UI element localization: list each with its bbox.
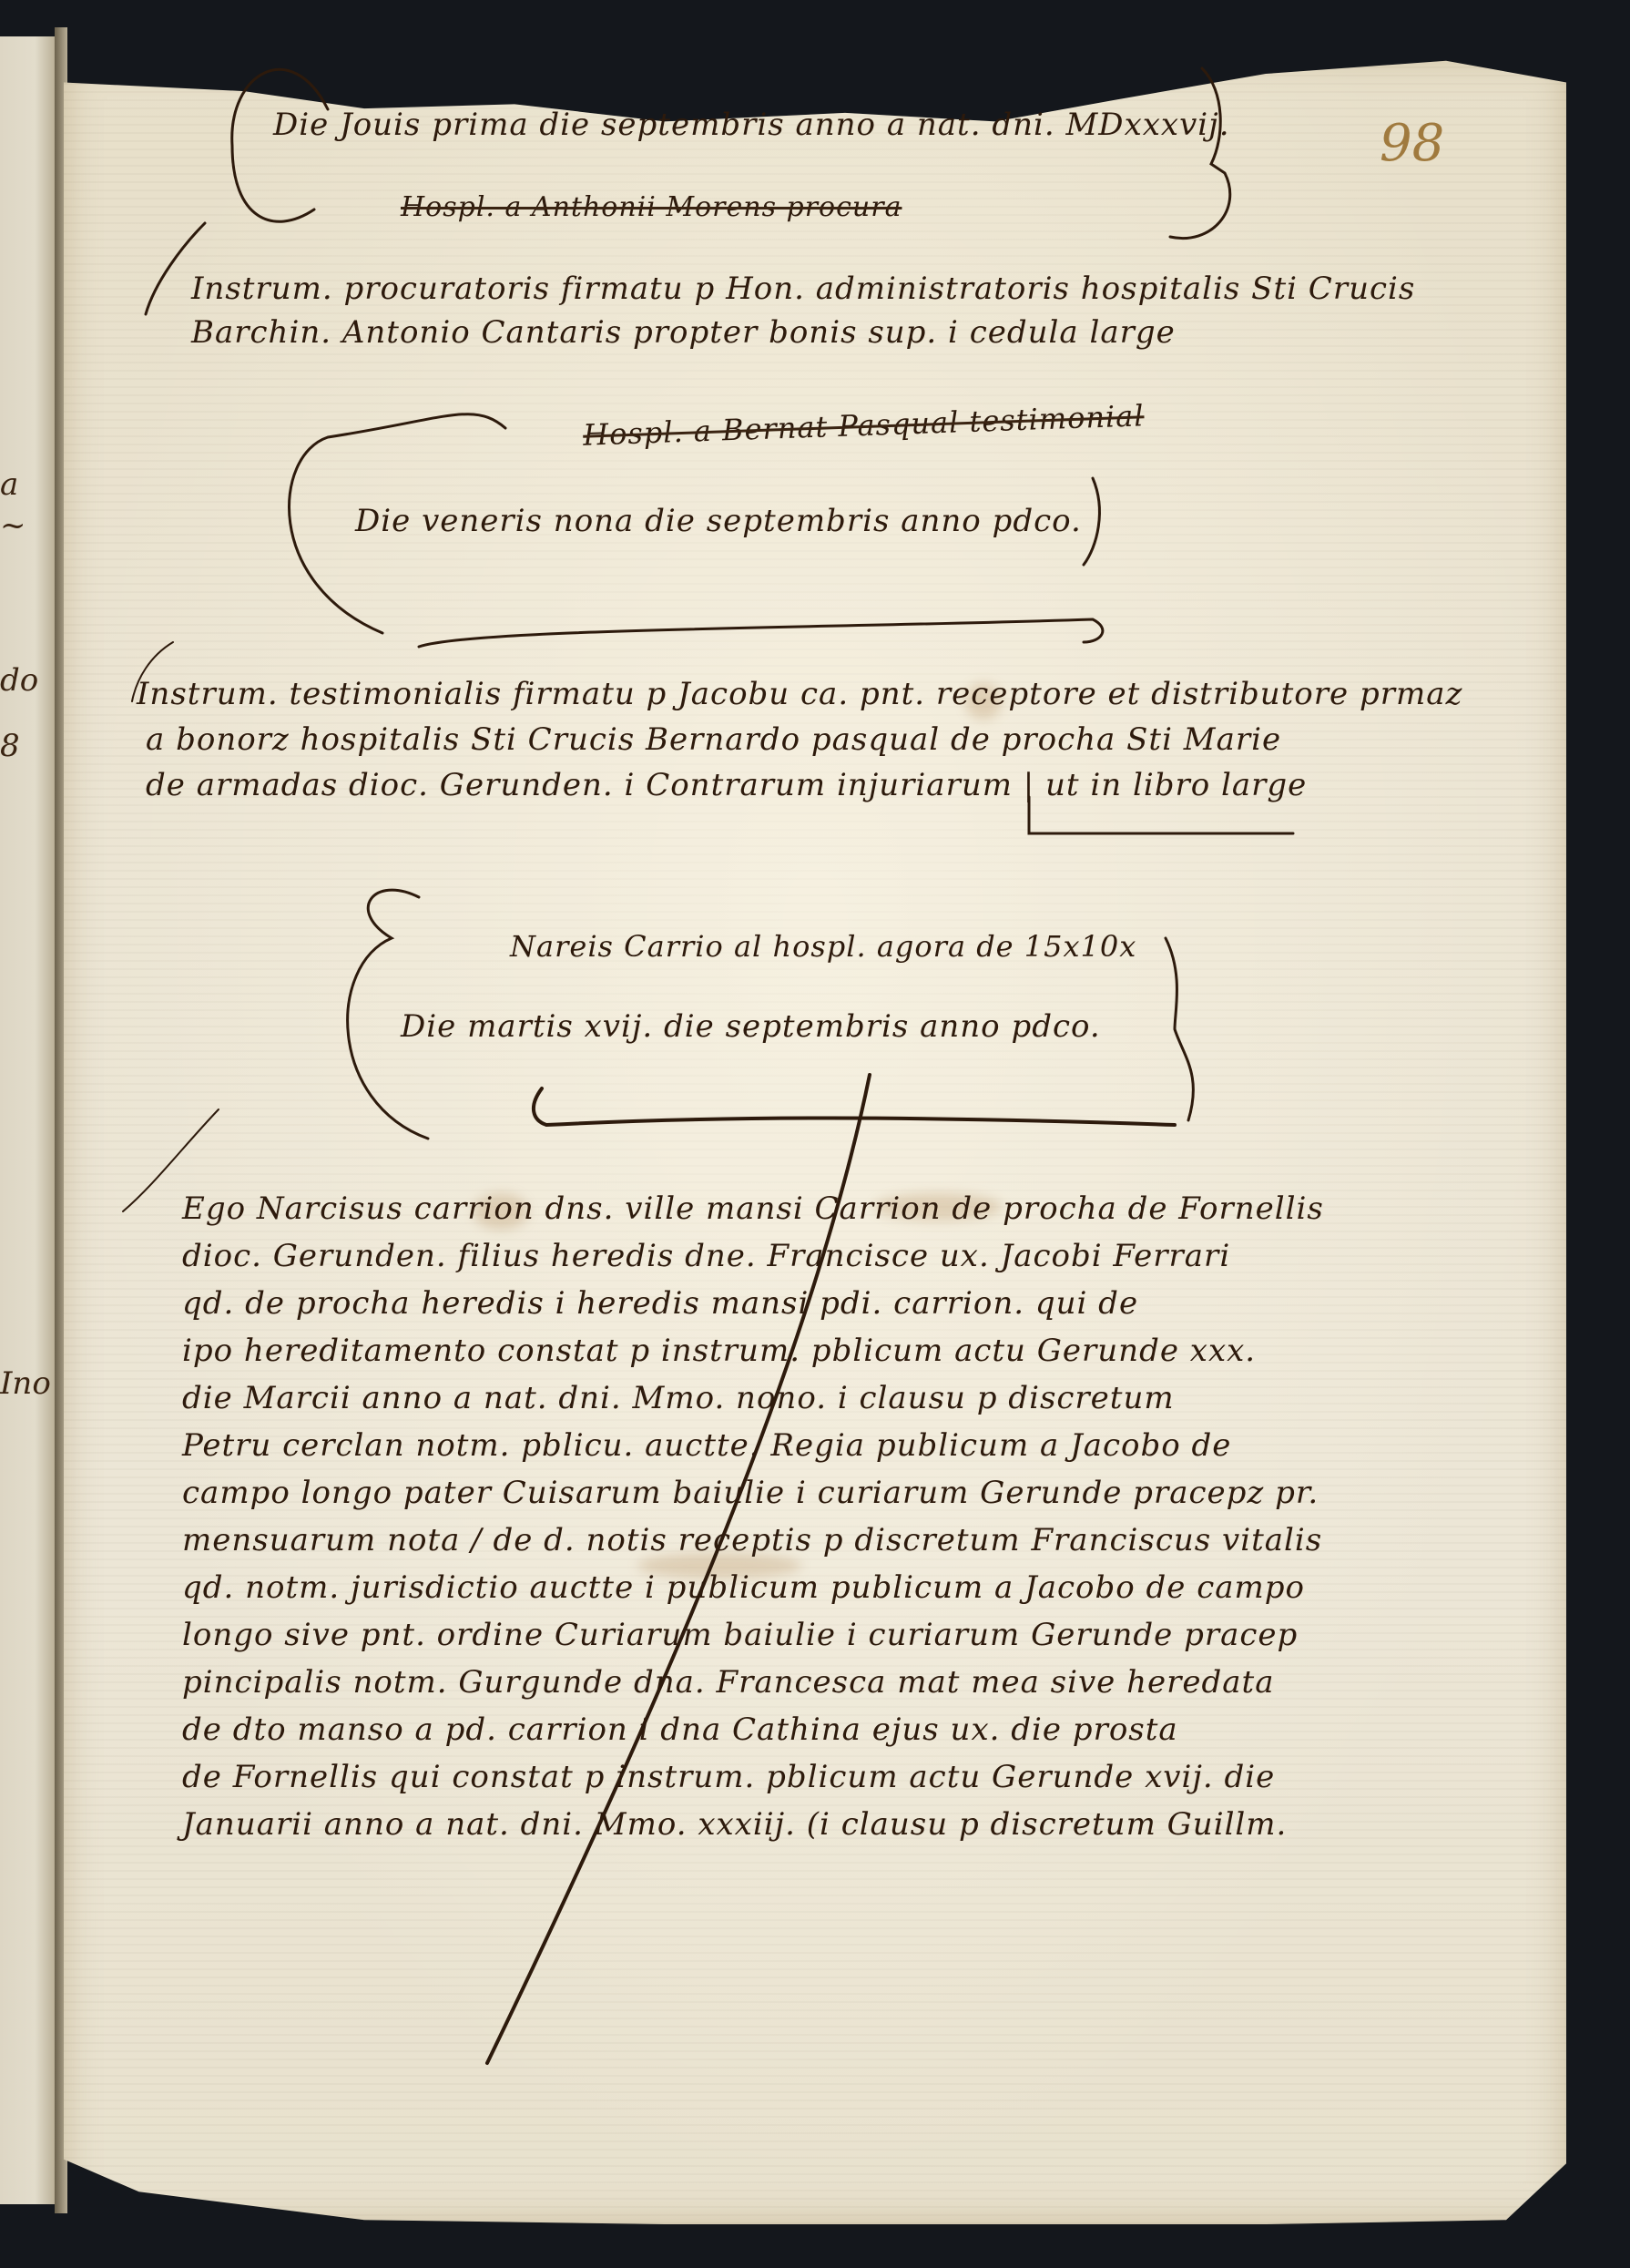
entry-3-body-line: mensuarum nota / de d. notis receptis p … (182, 1525, 1322, 1556)
entry-3-body-line: de dto manso a pd. carrion i dna Cathina… (182, 1714, 1178, 1745)
entry-3-date-heading: Die martis xvij. die septembris anno pdc… (401, 1011, 1101, 1042)
entry-1-date-heading: Die Jouis prima die septembris anno a na… (273, 109, 1230, 140)
entry-3-body-line: pincipalis notm. Gurgunde dna. Francesca… (182, 1667, 1274, 1698)
entry-3-body-line: dioc. Gerunden. filius heredis dne. Fran… (182, 1241, 1230, 1272)
entry-3-body-line: Januarii anno a nat. dni. Mmo. xxxiij. (… (182, 1809, 1287, 1840)
facing-page-fragment: 8 (0, 730, 20, 761)
entry-1-title-struck: Hospl. a Anthonii Morens procura (401, 191, 902, 223)
entry-3-body-line: ipo hereditamento constat p instrum. pbl… (182, 1335, 1256, 1366)
entry-3-body-line: campo longo pater Cuisarum baiulie i cur… (182, 1477, 1319, 1508)
entry-3-body-line: Ego Narcisus carrion dns. ville mansi Ca… (182, 1193, 1324, 1224)
entry-1-body-line: Barchin. Antonio Cantaris propter bonis … (191, 317, 1176, 348)
entry-3-body-line: Petru cerclan notm. pblicu. auctte. Regi… (182, 1430, 1231, 1461)
entry-3-body-line: longo sive pnt. ordine Curiarum baiulie … (182, 1619, 1298, 1650)
entry-3-body-line: qd. notm. jurisdictio auctte i publicum … (182, 1572, 1305, 1603)
entry-1-body-line: Instrum. procuratoris firmatu p Hon. adm… (191, 273, 1415, 304)
entry-3-body-line: de Fornellis qui constat p instrum. pbli… (182, 1762, 1275, 1793)
entry-2-body-line: Instrum. testimonialis firmatu p Jacobu … (137, 679, 1462, 710)
entry-3-body-line: die Marcii anno a nat. dni. Mmo. nono. i… (182, 1383, 1175, 1414)
facing-page-fragment: a (0, 469, 18, 500)
facing-page-fragment: Ino (0, 1368, 51, 1399)
folio-number: 98 (1380, 114, 1444, 173)
entry-3-title: Nareis Carrio al hospl. agora de 15x10x (510, 929, 1136, 964)
entry-2-body-line: de armadas dioc. Gerunden. i Contrarum i… (146, 770, 1307, 801)
facing-page-edge: a ~ do 8 Ino (0, 36, 58, 2204)
facing-page-fragment: do (0, 665, 38, 696)
entry-2-body-line: a bonorz hospitalis Sti Crucis Bernardo … (146, 724, 1281, 755)
entry-2-date-heading: Die veneris nona die septembris anno pdc… (355, 506, 1082, 536)
facing-page-fragment: ~ (0, 510, 26, 541)
manuscript-page (64, 56, 1566, 2224)
entry-3-body-line: qd. de procha heredis i heredis mansi pd… (182, 1288, 1138, 1319)
